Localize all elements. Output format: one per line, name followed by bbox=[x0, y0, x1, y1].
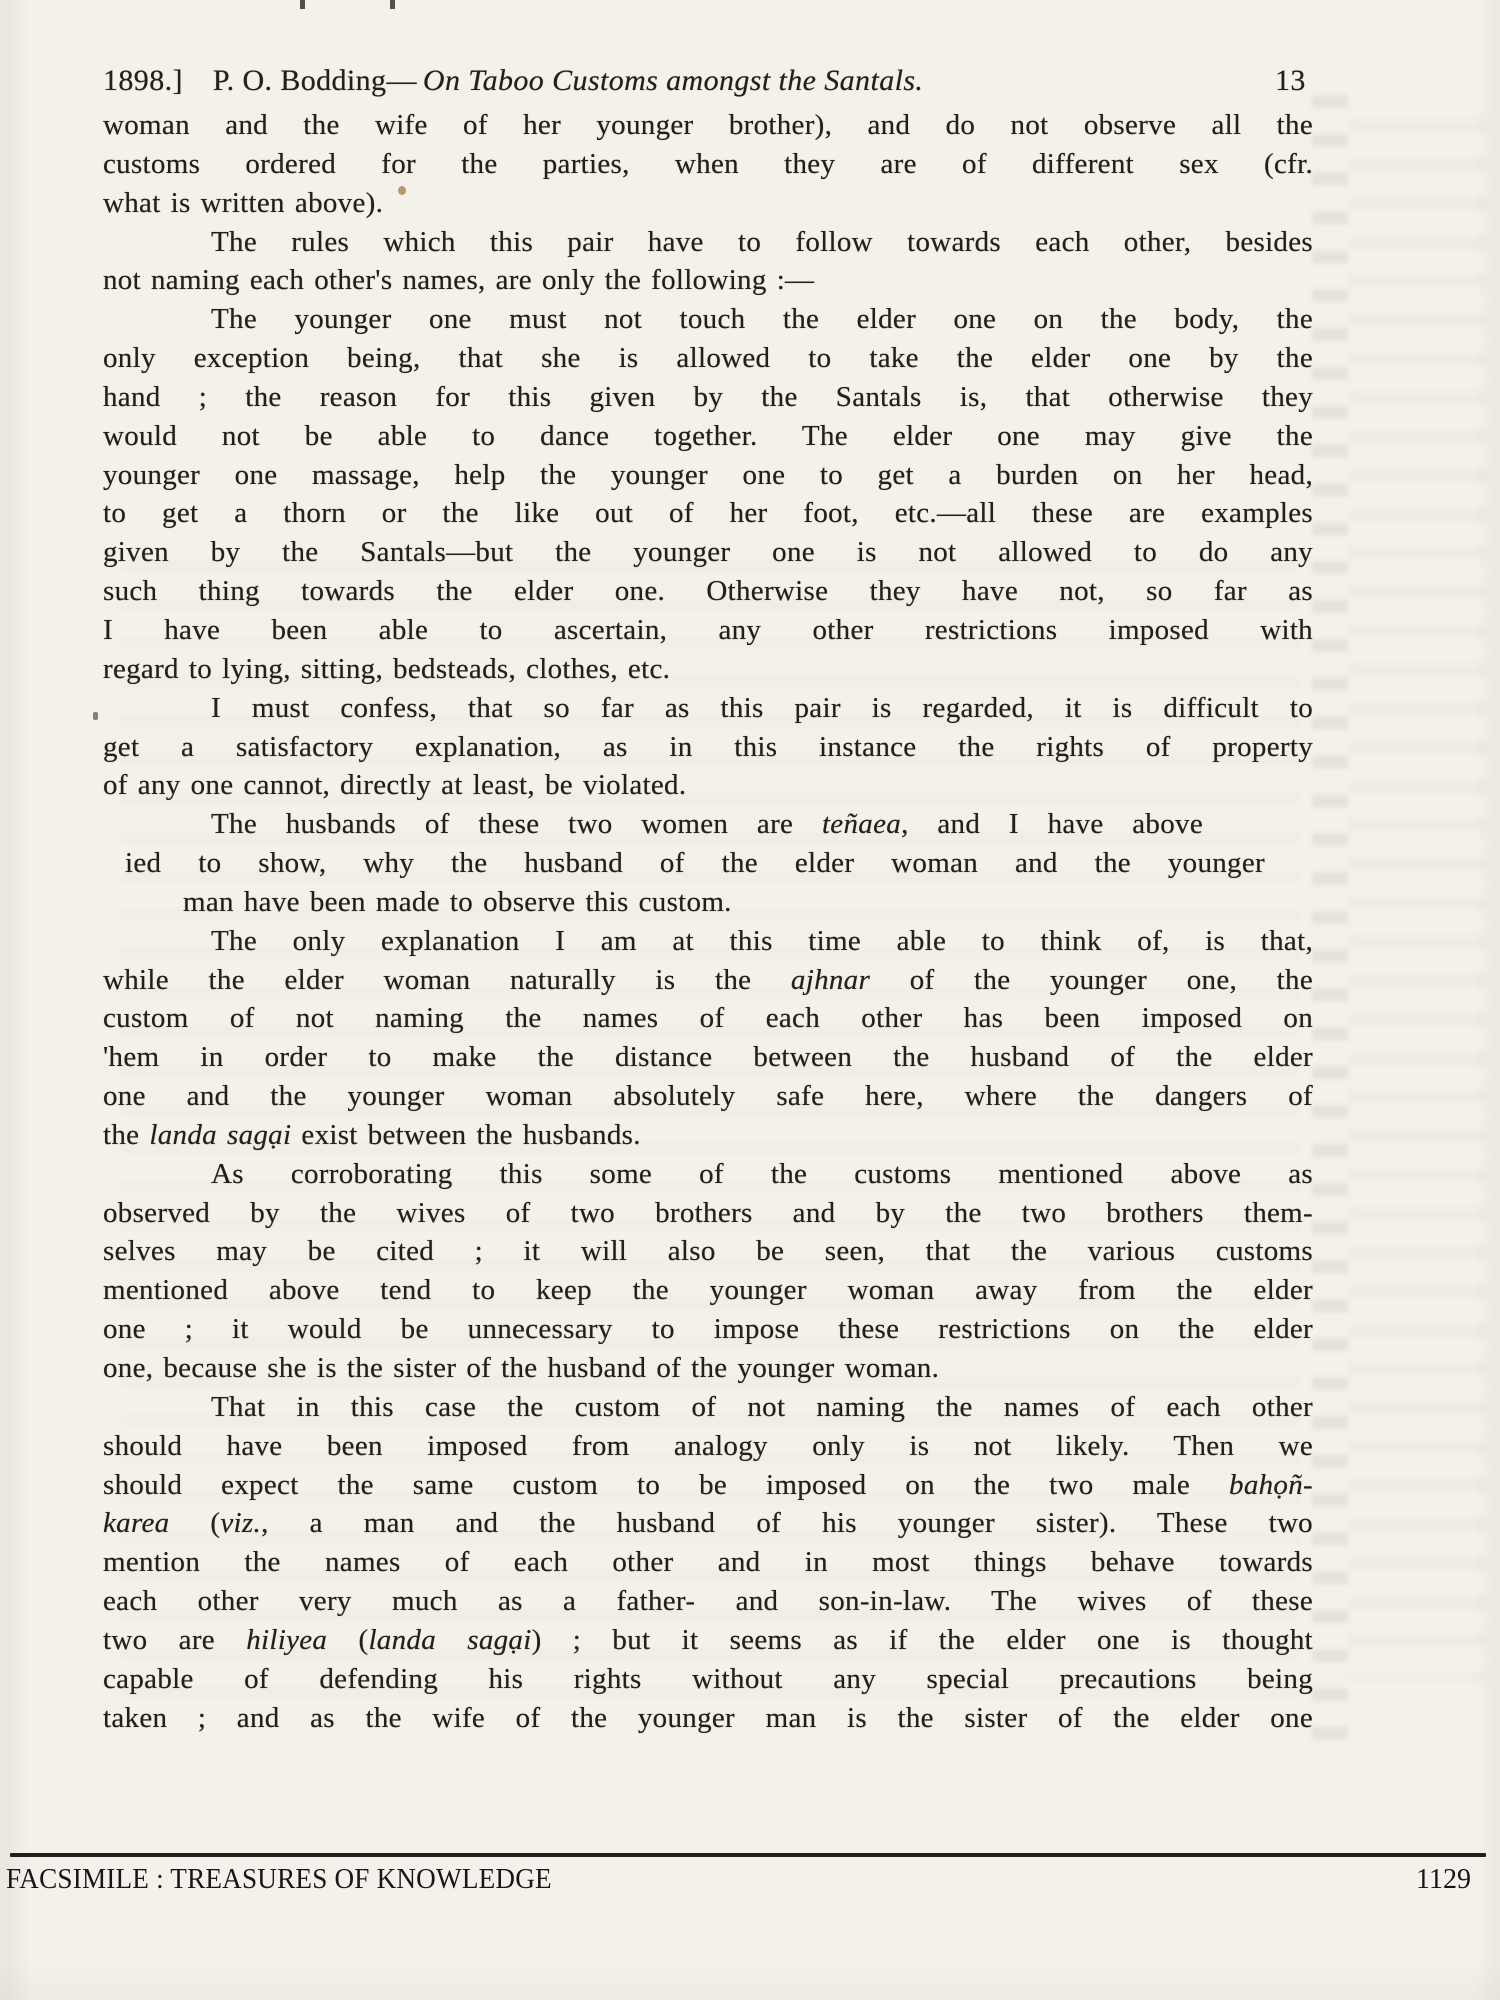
page-header: 1898.]P. O. Bodding—On Taboo Customs amo… bbox=[103, 64, 1315, 104]
text-line: two are hiliyea (landa sagại) ; but it s… bbox=[103, 1621, 1313, 1660]
text-line: should have been imposed from analogy on… bbox=[103, 1427, 1313, 1466]
text-line: ied to show, why the husband of the elde… bbox=[125, 844, 1265, 883]
text-line: capable of defending his rights without … bbox=[103, 1660, 1313, 1699]
text-line: one and the younger woman absolutely saf… bbox=[103, 1077, 1313, 1116]
header-author: P. O. Bodding— bbox=[213, 64, 417, 97]
text-line: younger one massage, help the younger on… bbox=[103, 456, 1313, 495]
text-line: such thing towards the elder one. Otherw… bbox=[103, 572, 1313, 611]
text-line: given by the Santals—but the younger one… bbox=[103, 533, 1313, 572]
header-year: 1898.] bbox=[103, 64, 183, 97]
text-line: 'hem in order to make the distance betwe… bbox=[103, 1038, 1313, 1077]
text-line: The rules which this pair have to follow… bbox=[103, 223, 1313, 262]
text-line: woman and the wife of her younger brothe… bbox=[103, 106, 1313, 145]
text-line: As corroborating this some of the custom… bbox=[103, 1155, 1313, 1194]
text-line: not naming each other's names, are only … bbox=[103, 261, 1313, 300]
text-line: only exception being, that she is allowe… bbox=[103, 339, 1313, 378]
scanned-document-page: 1898.]P. O. Bodding—On Taboo Customs amo… bbox=[0, 0, 1500, 2000]
footer-label: FACSIMILE : TREASURES OF KNOWLEDGE bbox=[6, 1864, 552, 1896]
text-line: should expect the same custom to be impo… bbox=[103, 1466, 1313, 1505]
text-line: to get a thorn or the like out of her fo… bbox=[103, 494, 1313, 533]
paper-speck bbox=[93, 712, 98, 720]
text-line: hand ; the reason for this given by the … bbox=[103, 378, 1313, 417]
text-line: The only explanation I am at this time a… bbox=[103, 922, 1313, 961]
text-line: what is written above). bbox=[103, 184, 1313, 223]
text-line: one ; it would be unnecessary to impose … bbox=[103, 1310, 1313, 1349]
text-line: selves may be cited ; it will also be se… bbox=[103, 1232, 1313, 1271]
footer-page-number: 1129 bbox=[1416, 1864, 1471, 1896]
text-line: mentioned above tend to keep the younger… bbox=[103, 1271, 1313, 1310]
text-line: would not be able to dance together. The… bbox=[103, 417, 1313, 456]
text-line: regard to lying, sitting, bedsteads, clo… bbox=[103, 650, 1313, 689]
text-line: That in this case the custom of not nami… bbox=[103, 1388, 1313, 1427]
scan-edge-mark bbox=[300, 0, 305, 9]
header-page-number: 13 bbox=[1275, 64, 1306, 98]
bleed-through-ghost bbox=[1312, 95, 1348, 1745]
bleed-through-ghost bbox=[1348, 120, 1488, 1680]
text-line: customs ordered for the parties, when th… bbox=[103, 145, 1313, 184]
text-line: mention the names of each other and in m… bbox=[103, 1543, 1313, 1582]
text-line: karea (viz., a man and the husband of hi… bbox=[103, 1504, 1313, 1543]
text-line: each other very much as a father- and so… bbox=[103, 1582, 1313, 1621]
text-line: man have been made to observe this custo… bbox=[183, 883, 1313, 922]
scan-edge-mark bbox=[390, 0, 395, 9]
text-line: of any one cannot, directly at least, be… bbox=[103, 766, 1313, 805]
text-line: get a satisfactory explanation, as in th… bbox=[103, 728, 1313, 767]
text-line: the landa sagại exist between the husban… bbox=[103, 1116, 1313, 1155]
header-title: On Taboo Customs amongst the Santals. bbox=[423, 64, 923, 97]
text-line: The younger one must not touch the elder… bbox=[103, 300, 1313, 339]
text-line: while the elder woman naturally is the a… bbox=[103, 961, 1313, 1000]
footer-rule bbox=[10, 1853, 1486, 1857]
text-line: custom of not naming the names of each o… bbox=[103, 999, 1313, 1038]
text-line: taken ; and as the wife of the younger m… bbox=[103, 1699, 1313, 1738]
text-line: I have been able to ascertain, any other… bbox=[103, 611, 1313, 650]
page-body: woman and the wife of her younger brothe… bbox=[103, 106, 1313, 1737]
text-line: I must confess, that so far as this pair… bbox=[103, 689, 1313, 728]
text-line: The husbands of these two women are teña… bbox=[103, 805, 1203, 844]
text-line: one, because she is the sister of the hu… bbox=[103, 1349, 1313, 1388]
paper-speck bbox=[398, 186, 406, 195]
text-line: observed by the wives of two brothers an… bbox=[103, 1194, 1313, 1233]
